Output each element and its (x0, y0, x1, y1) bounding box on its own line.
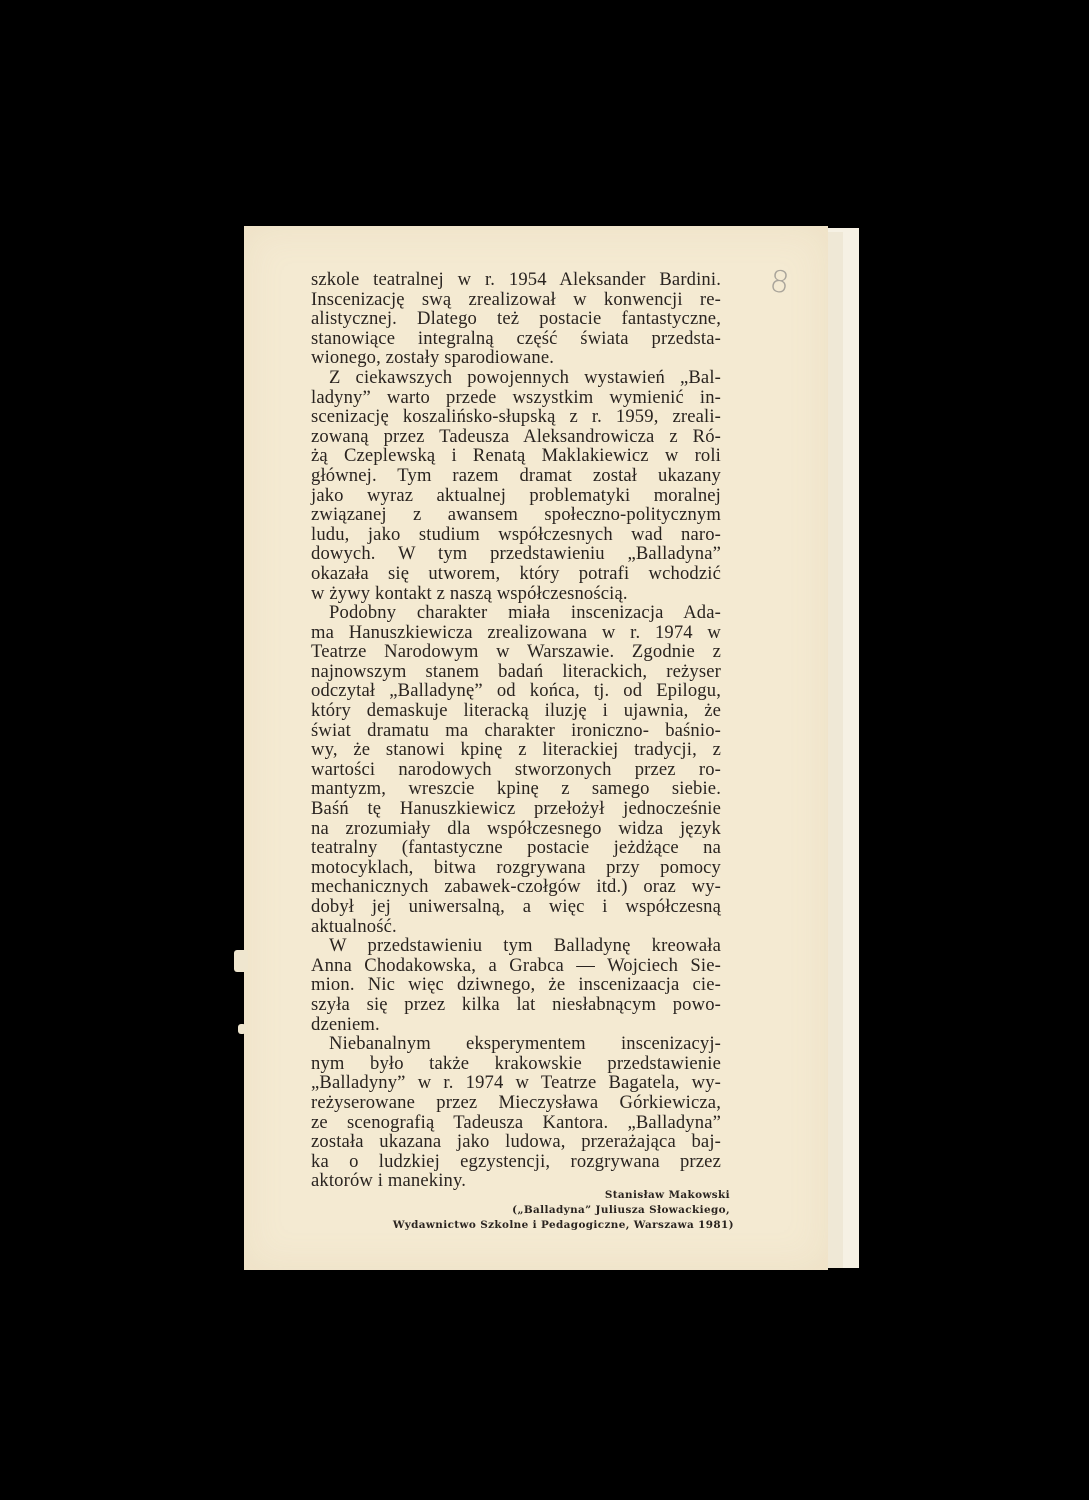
text-line: związanej z awansem społeczno-polityczny… (311, 505, 721, 525)
text-line: na zrozumiały dla współczesnego widza ję… (311, 819, 721, 839)
text-line: który demaskuje literacką iluzję i ujawn… (311, 701, 721, 721)
text-line: wartości narodowych stworzonych przez ro… (311, 760, 721, 780)
text-line: Z ciekawszych powojennych wystawień „Bal… (311, 368, 721, 388)
text-line: jako wyraz aktualnej problematyki moraln… (311, 486, 721, 506)
text-line: aktualność. (311, 917, 721, 937)
text-line: najnowszym stanem badań literackich, reż… (311, 662, 721, 682)
text-line: mantyzm, wreszcie kpinę z samego siebie. (311, 779, 721, 799)
text-line: okazała się utworem, który potrafi wchod… (311, 564, 721, 584)
source-citation-line-1: („Balladyna” Juliusza Słowackiego, (393, 1203, 730, 1218)
torn-edge (234, 950, 248, 972)
paragraph: W przedstawieniu tym Balladynę kreowałaA… (311, 936, 721, 1034)
text-line: stanowiące integralną część świata przed… (311, 329, 721, 349)
signature-block: Stanisław Makowski („Balladyna” Juliusza… (393, 1188, 730, 1233)
text-line: ze scenografią Tadeusza Kantora. „Ballad… (311, 1113, 721, 1133)
paragraph: Podobny charakter miała inscenizacja Ada… (311, 603, 721, 936)
text-line: głównej. Tym razem dramat został ukazany (311, 466, 721, 486)
text-line: w żywy kontakt z naszą współczesnością. (311, 584, 721, 604)
text-line: nym było także krakowskie przedstawienie (311, 1054, 721, 1074)
text-line: odczytał „Balladynę” od końca, tj. od Ep… (311, 681, 721, 701)
text-line: została ukazana jako ludowa, przerażając… (311, 1132, 721, 1152)
text-line: reżyserowane przez Mieczysława Górkiewic… (311, 1093, 721, 1113)
text-line: mion. Nic więc dziwnego, że inscenizaacj… (311, 975, 721, 995)
text-line: ma Hanuszkiewicza zrealizowana w r. 1974… (311, 623, 721, 643)
text-line: żą Czeplewską i Renatą Maklakiewicz w ro… (311, 446, 721, 466)
text-line: motocyklach, bitwa rozgrywana przy pomoc… (311, 858, 721, 878)
text-line: alistycznej. Dlatego też postacie fantas… (311, 309, 721, 329)
text-line: zowaną przez Tadeusza Aleksandrowicza z … (311, 427, 721, 447)
text-line: teatralny (fantastyczne postacie jeżdżąc… (311, 838, 721, 858)
text-line: szkole teatralnej w r. 1954 Aleksander B… (311, 270, 721, 290)
text-line: Inscenizację swą zrealizował w konwencji… (311, 290, 721, 310)
text-line: Podobny charakter miała inscenizacja Ada… (311, 603, 721, 623)
text-line: dobył jej uniwersalną, a więc i współcze… (311, 897, 721, 917)
text-line: ludu, jako studium współczesnych wad nar… (311, 525, 721, 545)
paragraph: Niebanalnym eksperymentem inscenizacyj-n… (311, 1034, 721, 1191)
text-line: dzeniem. (311, 1015, 721, 1035)
text-line: Teatrze Narodowym w Warszawie. Zgodnie z (311, 642, 721, 662)
text-line: szyła się przez kilka lat niesłabnącym p… (311, 995, 721, 1015)
torn-edge (238, 1024, 246, 1034)
paragraph: Z ciekawszych powojennych wystawień „Bal… (311, 368, 721, 603)
text-line: scenizację koszalińsko-słupską z r. 1959… (311, 407, 721, 427)
paragraph: szkole teatralnej w r. 1954 Aleksander B… (311, 270, 721, 368)
back-sheet-edge-inner (826, 232, 843, 1268)
text-line: dowych. W tym przedstawieniu „Balladyna” (311, 544, 721, 564)
text-line: „Balladyny” w r. 1974 w Teatrze Bagatela… (311, 1073, 721, 1093)
text-line: Niebanalnym eksperymentem inscenizacyj- (311, 1034, 721, 1054)
text-line: świat dramatu ma charakter ironiczno- ba… (311, 721, 721, 741)
source-citation-line-2: Wydawnictwo Szkolne i Pedagogiczne, Wars… (393, 1218, 734, 1233)
author-name: Stanisław Makowski (393, 1188, 730, 1203)
text-line: ladyny” warto przede wszystkim wymienić … (311, 388, 721, 408)
article-body: szkole teatralnej w r. 1954 Aleksander B… (311, 270, 721, 1191)
text-line: wy, że stanowi kpinę z literackiej trady… (311, 740, 721, 760)
text-line: ka o ludzkiej egzystencji, rozgrywana pr… (311, 1152, 721, 1172)
text-line: wionego, zostały sparodiowane. (311, 348, 721, 368)
text-line: W przedstawieniu tym Balladynę kreowała (311, 936, 721, 956)
text-line: Baśń tę Hanuszkiewicz przełożył jednocze… (311, 799, 721, 819)
text-line: mechanicznych zabawek-czołgów itd.) oraz… (311, 877, 721, 897)
text-line: Anna Chodakowska, a Grabca — Wojciech Si… (311, 956, 721, 976)
